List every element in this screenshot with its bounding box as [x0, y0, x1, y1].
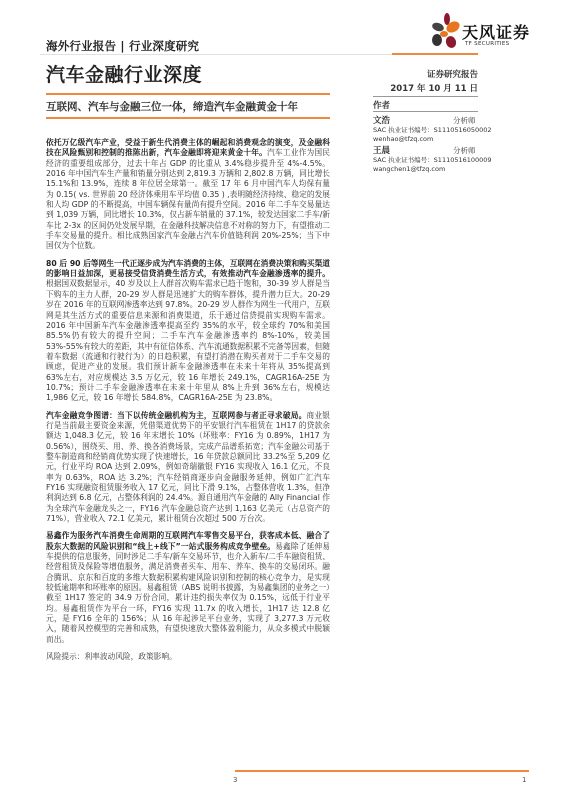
author-role: 分析师 — [453, 116, 476, 125]
report-date: 2017 年 10 月 11 日 — [390, 82, 478, 94]
risk-warning: 风险提示：利率波动风险，政策影响。 — [46, 652, 330, 662]
subtitle-bottom-rule — [46, 117, 330, 119]
author-name: 王晨 — [373, 147, 453, 156]
logo-petals-icon — [427, 12, 467, 54]
document-kind: 证券研究报告 — [427, 68, 478, 80]
author-cert: SAC 执业证书编号：S1110516050002 — [373, 126, 492, 135]
paragraph-yixin: 易鑫作为服务汽车消费生命周期的互联网汽车零售交易平台，获客成本低、融合了股东大数… — [46, 531, 330, 645]
authors-heading: 作者 — [373, 99, 390, 111]
author-email[interactable]: wenhao@tfzq.com — [373, 135, 492, 144]
paragraph-text: 易鑫除了延伸易车提供的信息服务，同时涉足二手车/新车交易环节，也介入新车/二手车… — [46, 542, 330, 644]
subtitle-top-rule — [46, 93, 330, 95]
page-number: 1 — [522, 776, 526, 784]
author-card: 文浩分析师 SAC 执业证书编号：S1110516050002 wenhao@t… — [373, 116, 492, 144]
author-card: 王晨分析师 SAC 执业证书编号：S1110516100009 wangchen… — [373, 146, 492, 174]
author-email[interactable]: wangchen1@tfzq.com — [373, 165, 492, 174]
header-accent-divider — [392, 53, 478, 55]
author-top-rule — [373, 96, 478, 97]
paragraph-lead: 汽车金融竞争图谱：当下以传统金融机构为主，互联网参与者正寻求破局。 — [46, 411, 307, 420]
author-heading-rule — [373, 111, 478, 112]
footer-mark: 3 — [233, 776, 237, 784]
report-subtitle: 互联网、汽车与金融三位一体，缔造汽车金融黄金十年 — [46, 99, 298, 114]
paragraph-text: 商业银行是当前最主要资金来源，凭借渠道优势下的平安银行汽车租赁在 1H17 的贷… — [46, 411, 330, 523]
report-type: 海外行业报告 | 行业深度研究 — [46, 38, 199, 54]
paragraph-text: 汽车工业作为国民经济的重要组成部分，过去十年占 GDP 的比重从 3.4%稳步提… — [46, 148, 330, 250]
page-title: 汽车金融行业深度 — [46, 60, 202, 87]
footer-divider — [235, 770, 529, 772]
paragraph-consumers: 80 后 90 后等网生一代正逐步成为汽车消费的主体，互联网在消费决策和购买渠道… — [46, 259, 330, 404]
report-body: 依托万亿级汽车产业，受益于新生代消费主体的崛起和消费观念的演变，及金融科技在风险… — [46, 138, 330, 670]
author-name: 文浩 — [373, 117, 453, 126]
paragraph-industry: 依托万亿级汽车产业，受益于新生代消费主体的崛起和消费观念的演变，及金融科技在风险… — [46, 138, 330, 252]
logo-text-en: TF SECURITIES — [465, 41, 509, 47]
author-role: 分析师 — [453, 146, 476, 155]
author-cert: SAC 执业证书编号：S1110516100009 — [373, 156, 492, 165]
paragraph-competition: 汽车金融竞争图谱：当下以传统金融机构为主，互联网参与者正寻求破局。商业银行是当前… — [46, 411, 330, 525]
logo-text-cn: 天风证券 — [462, 20, 530, 43]
paragraph-lead: 80 后 90 后等网生一代正逐步成为汽车消费的主体，互联网在消费决策和购买渠道… — [46, 259, 330, 278]
paragraph-text: 根据国双数据显示，40 岁及以上人群首次购车需求已趋于饱和，30-39 岁人群是… — [46, 279, 330, 402]
